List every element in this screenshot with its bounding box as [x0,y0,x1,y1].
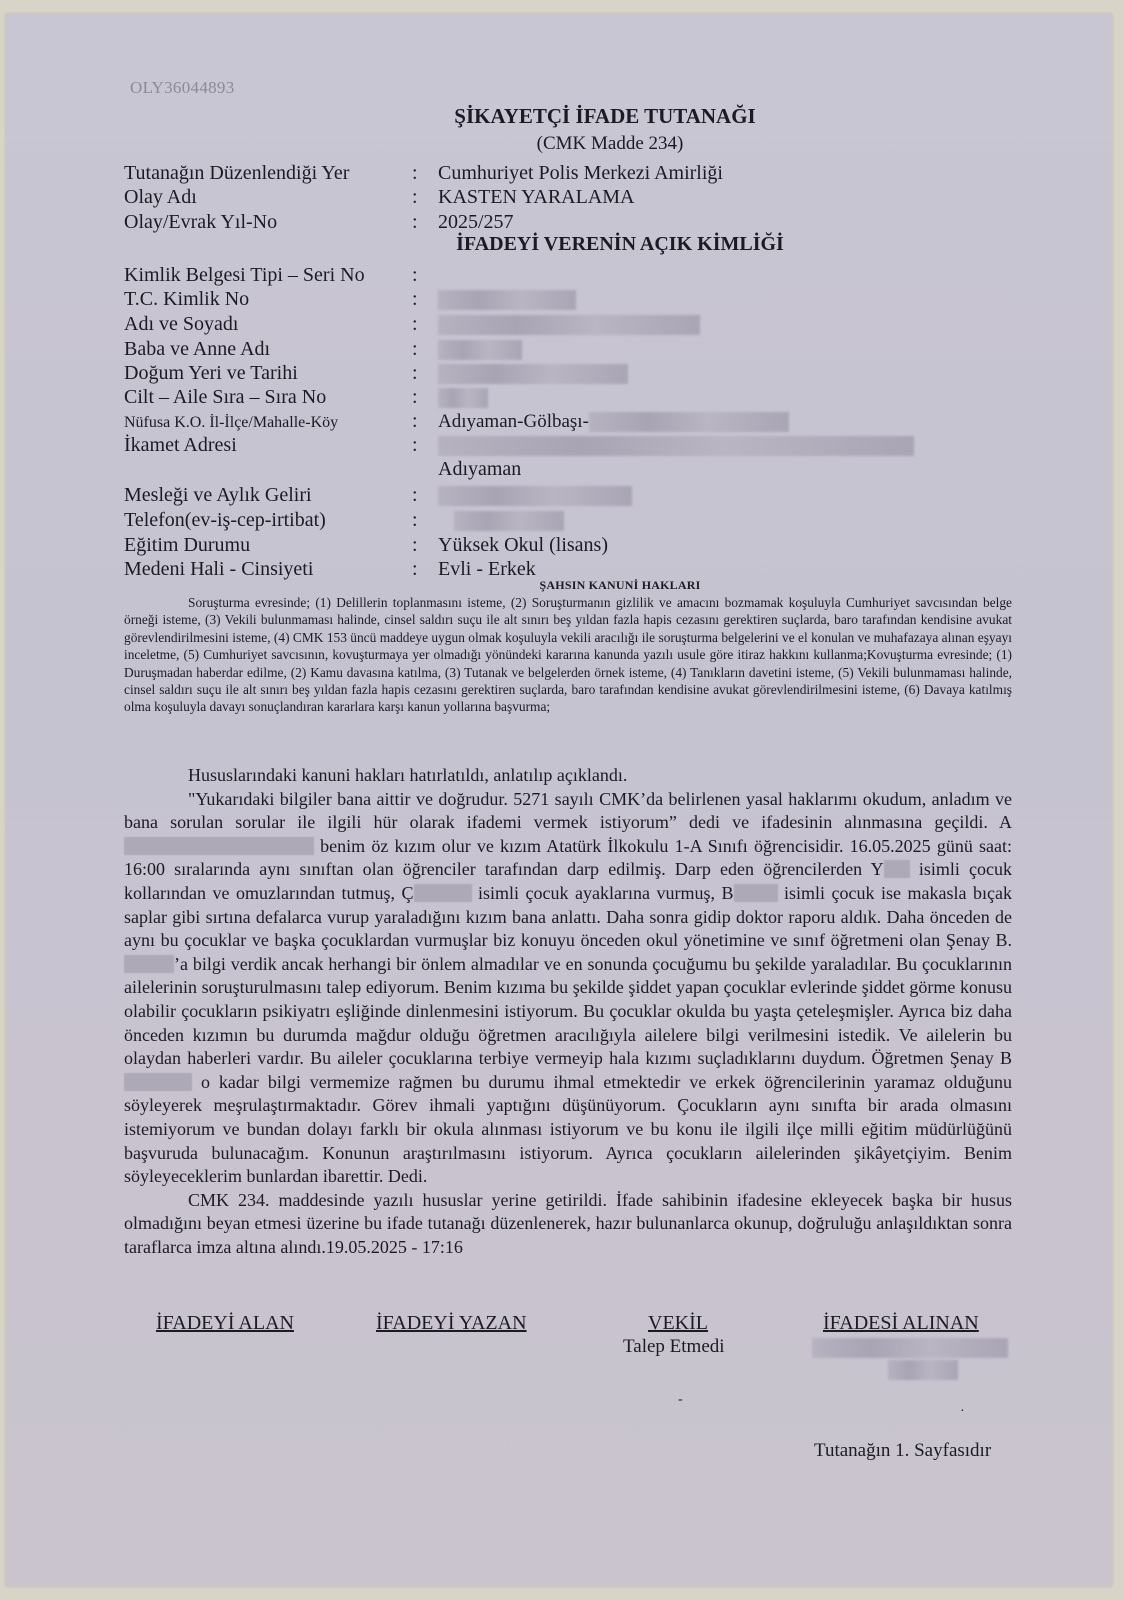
statement-paragraph-2: "Yukarıdaki bilgiler bana aittir ve doğr… [124,788,1012,1189]
document-title: ŞİKAYETÇİ İFADE TUTANAĞI [0,104,1100,129]
redacted-name [414,884,472,902]
redacted-name [734,884,778,902]
field-tc-no: T.C. Kimlik No: [124,288,576,311]
field-registry: Cilt – Aile Sıra – Sıra No: [124,386,488,409]
field-event-name: Olay Adı:KASTEN YARALAMA [124,186,634,209]
field-registry-place: Nüfusa K.O. İl-İlçe/Mahalle-Köy:Adıyaman… [124,410,789,433]
redacted-signature-name [812,1338,1008,1358]
signature-lawyer-label: VEKİL [648,1312,708,1335]
field-label: Mesleği ve Aylık Geliri [124,484,412,507]
field-address: İkamet Adresi: [124,434,914,457]
redacted-signature [888,1360,958,1380]
field-label: İkamet Adresi [124,434,412,457]
redacted-name [884,860,910,878]
redacted-value [438,364,628,384]
field-birth: Doğum Yeri ve Tarihi: [124,362,628,385]
redacted-value [454,511,564,531]
identity-section-title: İFADEYİ VERENİN AÇIK KİMLİĞİ [0,233,1100,256]
field-parents: Baba ve Anne Adı: [124,338,522,361]
field-full-name: Adı ve Soyadı: [124,313,700,336]
field-value: Cumhuriyet Polis Merkezi Amirliği [438,162,723,185]
signature-writer-label: İFADEYİ YAZAN [376,1312,527,1335]
redacted-name [124,837,314,855]
field-label: Tutanağın Düzenlendiği Yer [124,162,412,185]
field-label: Kimlik Belgesi Tipi – Seri No [124,264,412,287]
field-value: KASTEN YARALAMA [438,186,634,209]
legal-rights-text: Soruşturma evresinde; (1) Delillerin top… [124,594,1012,716]
rights-paragraph: Soruşturma evresinde; (1) Delillerin top… [124,594,1012,716]
redacted-value [438,486,632,506]
signature-taker-label: İFADEYİ ALAN [156,1312,294,1335]
field-value: Adıyaman-Gölbaşı- [438,411,589,433]
statement-body: Hususlarındaki kanuni hakları hatırlatıl… [124,764,1012,1259]
field-label: Eğitim Durumu [124,534,412,557]
field-address-line2: Adıyaman [438,458,521,481]
field-value: Yüksek Okul (lisans) [438,534,608,557]
field-id-type: Kimlik Belgesi Tipi – Seri No: [124,264,438,287]
field-label: T.C. Kimlik No [124,288,412,311]
field-education: Eğitim Durumu:Yüksek Okul (lisans) [124,534,608,557]
page-footer: Tutanağın 1. Sayfasıdır [814,1440,991,1462]
document-subtitle: (CMK Madde 234) [0,133,1100,155]
field-value: 2025/257 [438,211,514,234]
statement-paragraph-3: CMK 234. maddesinde yazılı hususlar yeri… [124,1189,1012,1260]
stray-mark: · [960,1404,965,1420]
redacted-value [438,436,914,456]
field-label: Telefon(ev-iş-cep-irtibat) [124,509,412,532]
field-phone: Telefon(ev-iş-cep-irtibat): [124,509,564,532]
field-occupation: Mesleği ve Aylık Geliri: [124,484,632,507]
field-event-number: Olay/Evrak Yıl-No:2025/257 [124,211,514,234]
lawyer-status: Talep Etmedi [623,1336,725,1358]
redacted-value [438,340,522,360]
field-label: Olay Adı [124,186,412,209]
redacted-value [438,388,488,408]
redacted-name [124,955,174,973]
redacted-value [438,315,700,335]
field-label: Cilt – Aile Sıra – Sıra No [124,386,412,409]
field-label: Baba ve Anne Adı [124,338,412,361]
redacted-name [124,1073,192,1091]
field-label: Nüfusa K.O. İl-İlçe/Mahalle-Köy [124,414,412,432]
signature-deponent-label: İFADESİ ALINAN [823,1312,979,1335]
field-label: Adı ve Soyadı [124,313,412,336]
stray-mark: - [678,1392,683,1408]
field-label: Olay/Evrak Yıl-No [124,211,412,234]
field-label: Doğum Yeri ve Tarihi [124,362,412,385]
statement-paragraph-1: Hususlarındaki kanuni hakları hatırlatıl… [124,764,1012,788]
redacted-value [438,290,576,310]
reference-code: OLY36044893 [130,78,235,98]
redacted-value [589,412,789,432]
rights-title: ŞAHSIN KANUNİ HAKLARI [0,578,1100,593]
field-place: Tutanağın Düzenlendiği Yer:Cumhuriyet Po… [124,162,723,185]
